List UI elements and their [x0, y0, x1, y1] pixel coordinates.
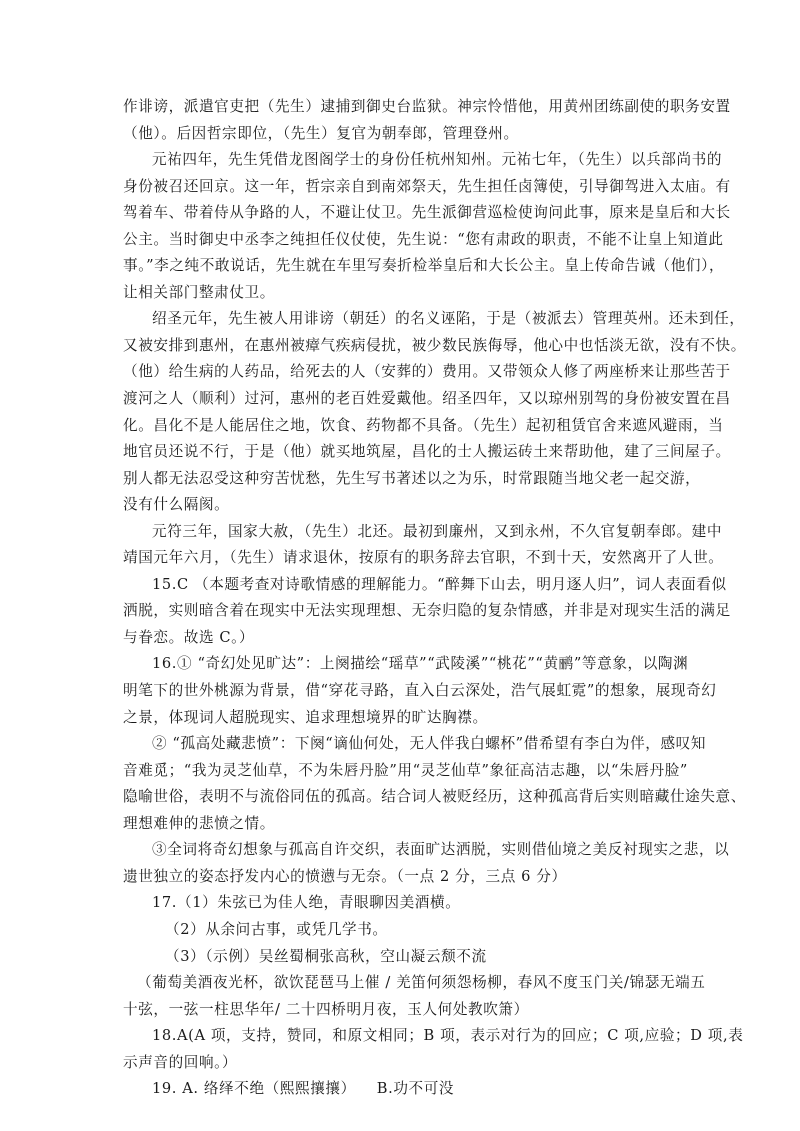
- answer-16-point-2: ② “孤高处藏悲愤”：下阕“谪仙何处，无人伴我白螺杯”借希望有李白为伴，感叹知 …: [123, 731, 679, 837]
- answer-15: 15.C （本题考查对诗歌情感的理解能力。“醉舞下山去，明月逐人归”，词人表面看…: [123, 572, 679, 652]
- text-line: 示声音的回响。）: [123, 1050, 679, 1077]
- text-line: 地官员还说不行，于是（他）就买地筑屋，昌化的士人搬运砖土来帮助他，建了三间屋子。: [123, 439, 679, 466]
- answer-16-point-3: ③全词将奇幻想象与孤高自许交织，表面旷达洒脱，实则借仙境之美反衬现实之悲，以 遗…: [123, 837, 679, 890]
- text-line: （他）。后因哲宗即位，（先生）复官为朝奉郎，管理登州。: [123, 121, 679, 148]
- text-line: 明笔下的世外桃源为背景，借“穿花寻路，直入白云深处，浩气展虹霓”的想象，展现奇幻: [123, 678, 679, 705]
- paragraph-translation-1: 作诽谤，派遣官吏把（先生）逮捕到御史台监狱。神宗怜惜他，用黄州团练副使的职务安置…: [123, 94, 679, 147]
- text-line: （3）（示例）吴丝蜀桐张高秋，空山凝云颓不流: [123, 944, 679, 971]
- text-line: 隐喻世俗，表明不与流俗同伍的孤高。结合词人被贬经历，这种孤高背后实则暗藏仕途失意…: [123, 784, 679, 811]
- text-line: 17.（1）朱弦已为佳人绝，青眼聊因美酒横。: [123, 890, 679, 917]
- text-line: 元符三年，国家大赦，（先生）北还。最初到廉州，又到永州，不久官复朝奉郎。建中: [123, 519, 679, 546]
- text-line: 化。昌化不是人能居住之地，饮食、药物都不具备。（先生）起初租赁官舍来遮风避雨，当: [123, 413, 679, 440]
- paragraph-translation-2: 元祐四年，先生凭借龙图阁学士的身份任杭州知州。元祐七年，（先生）以兵部尚书的 身…: [123, 147, 679, 306]
- text-line: 洒脱，实则暗含着在现实中无法实现理想、无奈归隐的复杂情感，并非是对现实生活的满足: [123, 598, 679, 625]
- text-line: 之景，体现词人超脱现实、追求理想境界的旷达胸襟。: [123, 705, 679, 732]
- text-line: 让相关部门整肃仗卫。: [123, 280, 679, 307]
- text-line: 渡河之人（顺利）过河，惠州的老百姓爱戴他。绍圣四年，又以琼州别驾的身份被安置在昌: [123, 386, 679, 413]
- text-line: 18.A(A 项，支持，赞同，和原文相同；B 项，表示对行为的回应；C 项,应验…: [123, 1023, 679, 1050]
- text-line: （葡萄美酒夜光杯，欲饮琵琶马上催 / 羌笛何须怨杨柳，春风不度玉门关/锦瑟无端五: [123, 970, 679, 997]
- text-line: 元祐四年，先生凭借龙图阁学士的身份任杭州知州。元祐七年，（先生）以兵部尚书的: [123, 147, 679, 174]
- text-line: 遗世独立的姿态抒发内心的愤懑与无奈。（一点 2 分，三点 6 分）: [123, 864, 679, 891]
- document-page: 作诽谤，派遣官吏把（先生）逮捕到御史台监狱。神宗怜惜他，用黄州团练副使的职务安置…: [123, 94, 679, 1103]
- text-line: 靖国元年六月，（先生）请求退休，按原有的职务辞去官职，不到十天，安然离开了人世。: [123, 545, 679, 572]
- text-line: 又被安排到惠州，在惠州被瘴气疾病侵扰，被少数民族侮辱，他心中也恬淡无欲，没有不快…: [123, 333, 679, 360]
- text-line: 身份被召还回京。这一年，哲宗亲自到南郊祭天，先生担任卤簿使，引导御驾进入太庙。有: [123, 174, 679, 201]
- text-line: 理想难伸的悲愤之情。: [123, 811, 679, 838]
- answer-17: 17.（1）朱弦已为佳人绝，青眼聊因美酒横。 （2）从余问古事，或凭几学书。 （…: [123, 890, 679, 1023]
- text-line: 没有什么隔阂。: [123, 492, 679, 519]
- text-line: 作诽谤，派遣官吏把（先生）逮捕到御史台监狱。神宗怜惜他，用黄州团练副使的职务安置: [123, 94, 679, 121]
- answer-16-point-1: 16.① “奇幻处见旷达”：上阕描绘“瑶草”“武陵溪”“桃花”“黄鹂”等意象，以…: [123, 651, 679, 731]
- text-line: ③全词将奇幻想象与孤高自许交织，表面旷达洒脱，实则借仙境之美反衬现实之悲，以: [123, 837, 679, 864]
- text-line: （2）从余问古事，或凭几学书。: [123, 917, 679, 944]
- text-line: 19. A. 络绎不绝（熙熙攘攘） B.功不可没: [123, 1076, 679, 1103]
- paragraph-translation-4: 元符三年，国家大赦，（先生）北还。最初到廉州，又到永州，不久官复朝奉郎。建中 靖…: [123, 519, 679, 572]
- text-line: 音难觅；“我为灵芝仙草，不为朱唇丹脸”用“灵芝仙草”象征高洁志趣，以“朱唇丹脸”: [123, 758, 679, 785]
- text-line: 事。”李之纯不敢说话，先生就在车里写奏折检举皇后和大长公主。皇上传命告诫（他们）…: [123, 253, 679, 280]
- text-line: 15.C （本题考查对诗歌情感的理解能力。“醉舞下山去，明月逐人归”，词人表面看…: [123, 572, 679, 599]
- text-line: 驾着车、带着侍从争路的人，不避让仗卫。先生派御营巡检使询问此事，原来是皇后和大长: [123, 200, 679, 227]
- text-line: 十弦，一弦一柱思华年/ 二十四桥明月夜，玉人何处教吹箫）: [123, 997, 679, 1024]
- answer-18: 18.A(A 项，支持，赞同，和原文相同；B 项，表示对行为的回应；C 项,应验…: [123, 1023, 679, 1076]
- paragraph-translation-3: 绍圣元年，先生被人用诽谤（朝廷）的名义诬陷，于是（被派去）管理英州。还未到任， …: [123, 306, 679, 518]
- text-line: 16.① “奇幻处见旷达”：上阕描绘“瑶草”“武陵溪”“桃花”“黄鹂”等意象，以…: [123, 651, 679, 678]
- text-line: （他）给生病的人药品，给死去的人（安葬的）费用。又带领众人修了两座桥来让那些苦于: [123, 359, 679, 386]
- text-line: 别人都无法忍受这种穷苦忧愁，先生写书著述以之为乐，时常跟随当地父老一起交游，: [123, 466, 679, 493]
- text-line: 与眷恋。故选 C。）: [123, 625, 679, 652]
- text-line: 公主。当时御史中丞李之纯担任仪仗使，先生说：“您有肃政的职责，不能不让皇上知道此: [123, 227, 679, 254]
- answer-19: 19. A. 络绎不绝（熙熙攘攘） B.功不可没: [123, 1076, 679, 1103]
- text-line: 绍圣元年，先生被人用诽谤（朝廷）的名义诬陷，于是（被派去）管理英州。还未到任，: [123, 306, 679, 333]
- text-line: ② “孤高处藏悲愤”：下阕“谪仙何处，无人伴我白螺杯”借希望有李白为伴，感叹知: [123, 731, 679, 758]
